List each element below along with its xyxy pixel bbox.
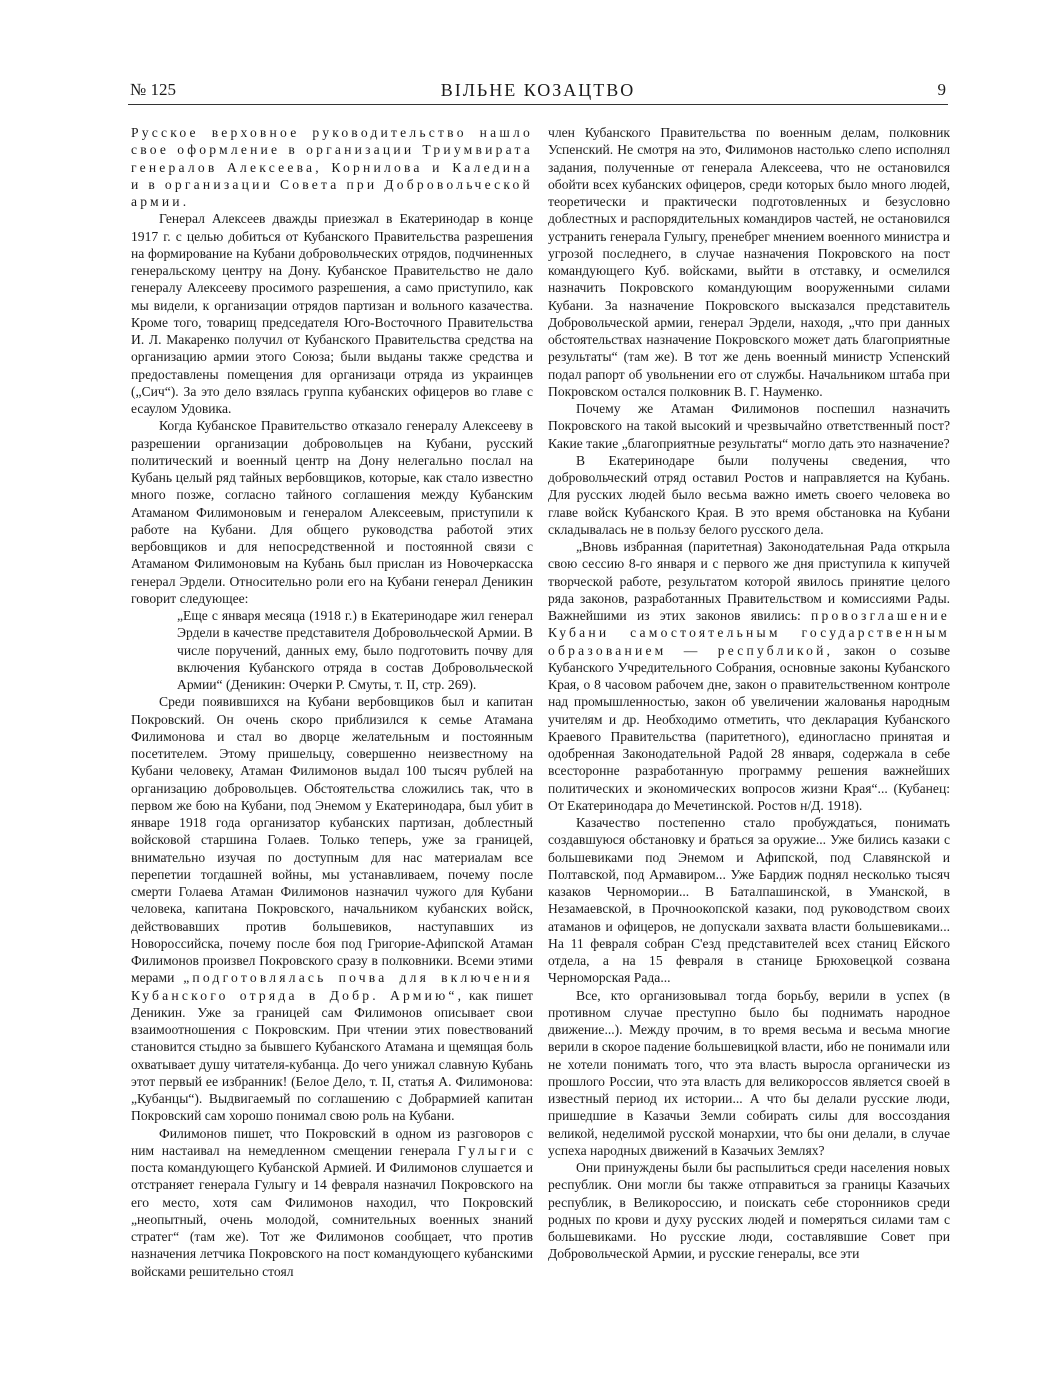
text-run: Среди появившихся на Кубани вербовщиков … [131,694,533,985]
paragraph: Русское верховное руководительство нашло… [131,124,533,210]
newspaper-title: ВІЛЬНЕ КОЗАЦТВО [128,80,948,101]
paragraph: Казачество постепенно стало пробуждаться… [548,814,950,987]
left-column: Русское верховное руководительство нашло… [131,124,533,1280]
paragraph: член Кубанского Правительства по военным… [548,124,950,400]
paragraph: Филимонов пишет, что Покровский в одном … [131,1125,533,1280]
paragraph: Все, кто организовывал тогда борьбу, вер… [548,987,950,1160]
paragraph: „Вновь избранная (паритетная) Законодате… [548,538,950,814]
page-header: № 125 ВІЛЬНЕ КОЗАЦТВО 9 [128,80,948,102]
page-number: 9 [938,80,947,100]
header-rule [128,104,948,105]
paragraph: Генерал Алексеев дважды приезжал в Екате… [131,210,533,417]
paragraph: В Екатеринодаре были получены сведения, … [548,452,950,538]
paragraph: Они принуждены были бы распылиться среди… [548,1159,950,1263]
text-run: с поста командующего Кубанской Армией. И… [131,1143,533,1279]
text-run: , закон о созыве Кубанского Учредительно… [548,643,950,813]
emphasized-name: Гулыги [458,1143,520,1158]
paragraph: Почему же Атаман Филимонов поспешил назн… [548,400,950,452]
right-column: член Кубанского Правительства по военным… [548,124,950,1263]
paragraph: Среди появившихся на Кубани вербовщиков … [131,693,533,1124]
block-quote: „Еще с января месяца (1918 г.) в Екатери… [177,607,533,693]
text-run: , как пишет Деникин. Уже за границей сам… [131,988,533,1124]
paragraph: Когда Кубанское Правительство отказало г… [131,417,533,607]
